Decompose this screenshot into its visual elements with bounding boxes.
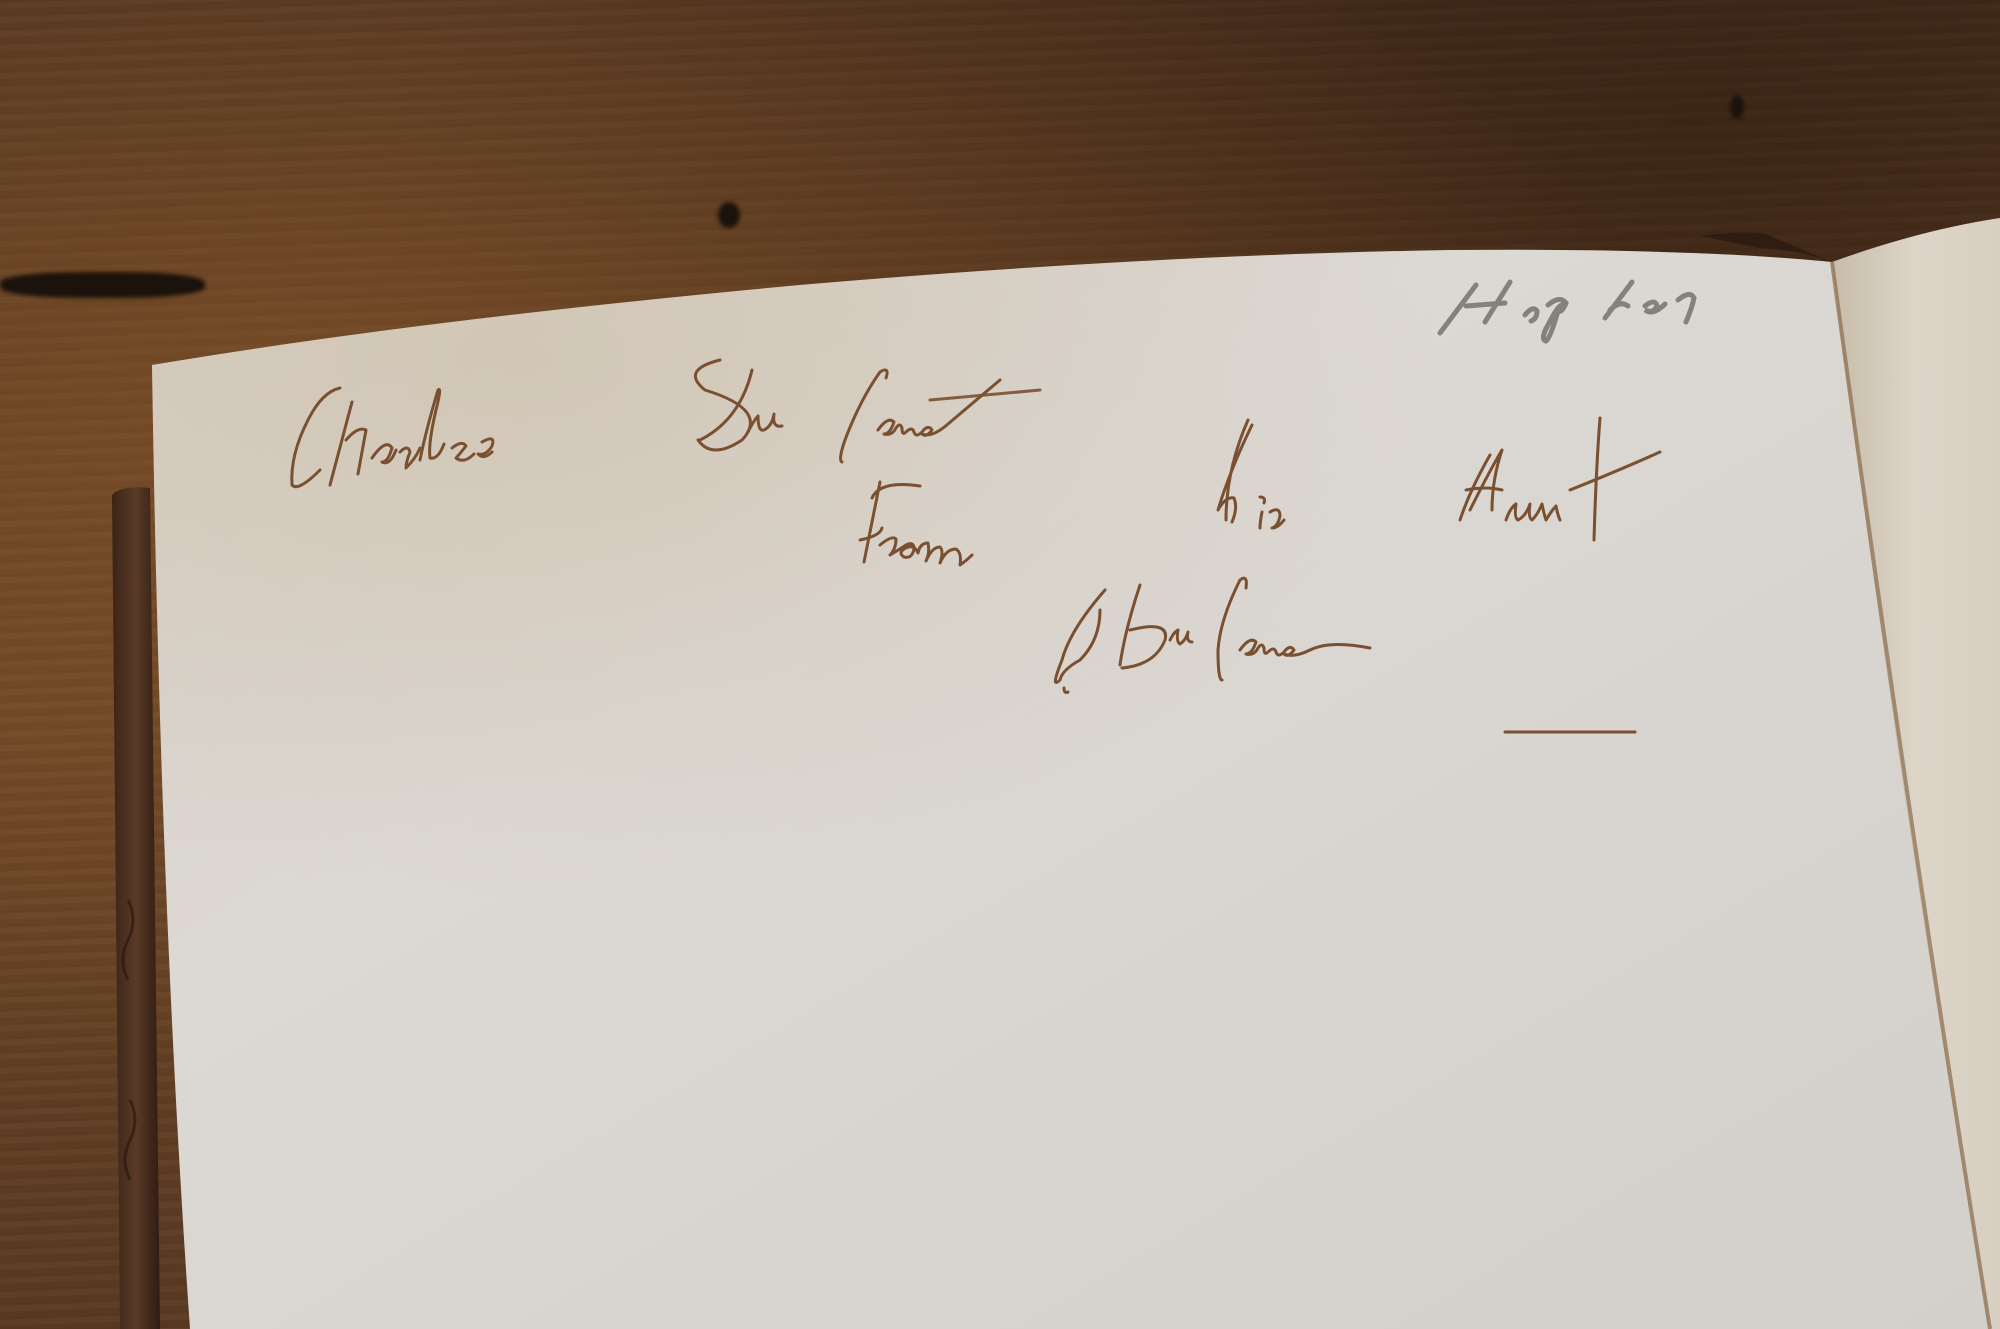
book-photo: Hughes Charles Du Cane From his Aunt S. … — [0, 0, 2000, 1329]
book-binding — [112, 487, 160, 1329]
open-book — [0, 0, 2000, 1329]
